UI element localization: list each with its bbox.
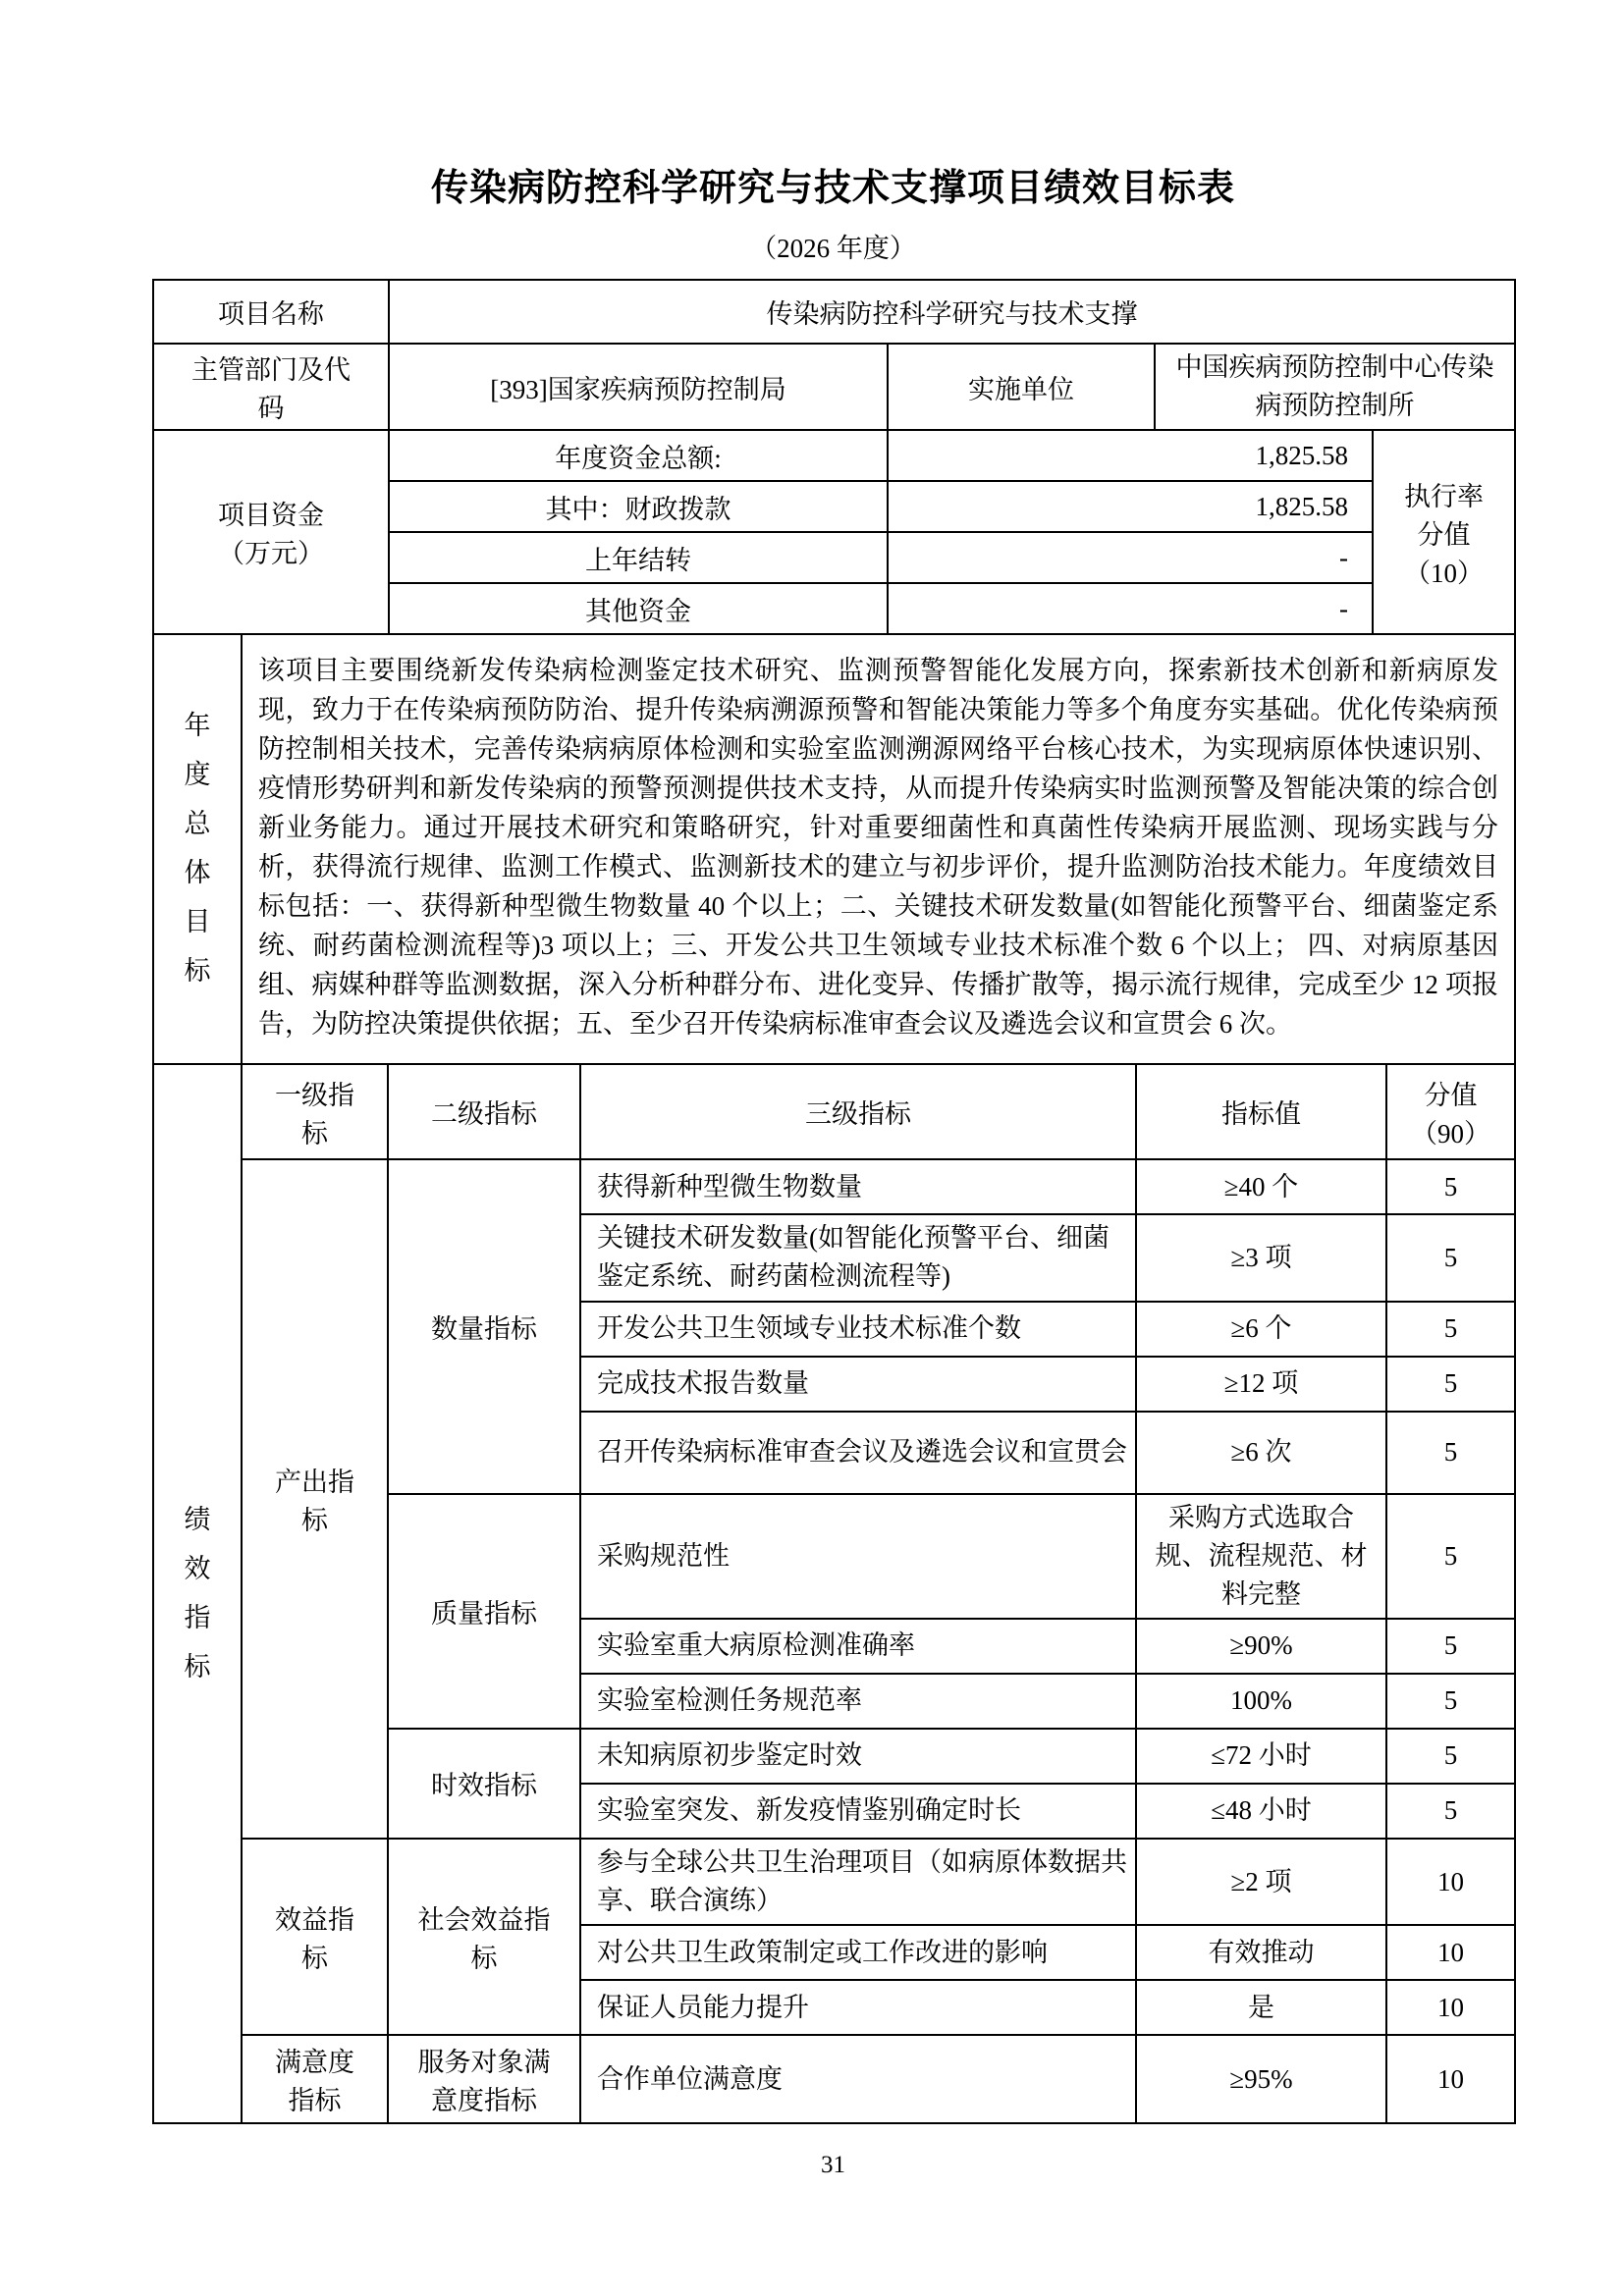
annual-goal-label: 年度总体目标 xyxy=(153,634,242,1064)
perf-side-label: 绩效指标 xyxy=(153,1064,242,2123)
indicator-value: ≥3 项 xyxy=(1136,1214,1386,1301)
level2-timeliness: 时效指标 xyxy=(388,1729,580,1839)
project-name-value: 传染病防控科学研究与技术支撑 xyxy=(389,280,1515,344)
document-page: 传染病防控科学研究与技术支撑项目绩效目标表 （2026 年度） 项目名称 传染病… xyxy=(152,157,1514,2179)
fund-fiscal-label: 其中：财政拨款 xyxy=(389,481,888,532)
indicator-name: 未知病原初步鉴定时效 xyxy=(580,1729,1136,1784)
level1-output: 产出指 标 xyxy=(242,1159,388,1839)
project-fund-label: 项目资金 （万元） xyxy=(153,430,389,634)
indicator-score: 5 xyxy=(1386,1412,1515,1494)
indicator-value: ≥6 个 xyxy=(1136,1302,1386,1357)
indicator-name: 保证人员能力提升 xyxy=(580,1980,1136,2035)
header-level2: 二级指标 xyxy=(388,1064,580,1159)
fund-other-value: - xyxy=(888,583,1373,634)
implementing-unit-value: 中国疾病预防控制中心传染病预防控制所 xyxy=(1155,344,1515,430)
annual-goal-row: 年度总体目标 该项目主要围绕新发传染病检测鉴定技术研究、监测预警智能化发展方向，… xyxy=(153,634,1515,1064)
execution-rate-score-label: 执行率 分值 （10） xyxy=(1373,430,1515,634)
page-number: 31 xyxy=(152,2152,1514,2179)
header-indicator-value: 指标值 xyxy=(1136,1064,1386,1159)
indicator-score: 5 xyxy=(1386,1674,1515,1729)
fund-total-value: 1,825.58 xyxy=(888,430,1373,481)
fund-row-total: 项目资金 （万元） 年度资金总额: 1,825.58 执行率 分值 （10） xyxy=(153,430,1515,481)
indicator-value: 采购方式选取合规、流程规范、材料完整 xyxy=(1136,1494,1386,1619)
indicator-score: 10 xyxy=(1386,1925,1515,1980)
department-label: 主管部门及代 码 xyxy=(153,344,389,430)
perf-row: 产出指 标 数量指标 获得新种型微生物数量 ≥40 个 5 xyxy=(153,1159,1515,1214)
department-row: 主管部门及代 码 [393]国家疾病预防控制局 实施单位 中国疾病预防控制中心传… xyxy=(153,344,1515,430)
project-name-row: 项目名称 传染病防控科学研究与技术支撑 xyxy=(153,280,1515,344)
indicator-score: 5 xyxy=(1386,1729,1515,1784)
indicator-name: 关键技术研发数量(如智能化预警平台、细菌鉴定系统、耐药菌检测流程等) xyxy=(580,1214,1136,1301)
indicator-score: 10 xyxy=(1386,1980,1515,2035)
indicator-name: 对公共卫生政策制定或工作改进的影响 xyxy=(580,1925,1136,1980)
header-level3: 三级指标 xyxy=(580,1064,1136,1159)
project-name-label: 项目名称 xyxy=(153,280,389,344)
indicator-value: ≤48 小时 xyxy=(1136,1784,1386,1839)
indicator-name: 实验室重大病原检测准确率 xyxy=(580,1619,1136,1674)
project-info-table: 项目名称 传染病防控科学研究与技术支撑 主管部门及代 码 [393]国家疾病预防… xyxy=(152,279,1516,635)
level2-quantity: 数量指标 xyxy=(388,1159,580,1493)
implementing-unit-label: 实施单位 xyxy=(888,344,1155,430)
indicator-name: 采购规范性 xyxy=(580,1494,1136,1619)
level2-quality: 质量指标 xyxy=(388,1494,580,1729)
level1-benefit: 效益指 标 xyxy=(242,1839,388,2035)
annual-goal-text: 该项目主要围绕新发传染病检测鉴定技术研究、监测预警智能化发展方向，探索新技术创新… xyxy=(242,634,1515,1064)
header-level1: 一级指 标 xyxy=(242,1064,388,1159)
indicator-name: 获得新种型微生物数量 xyxy=(580,1159,1136,1214)
fund-other-label: 其他资金 xyxy=(389,583,888,634)
indicator-value: ≥12 项 xyxy=(1136,1357,1386,1412)
indicator-value: ≥6 次 xyxy=(1136,1412,1386,1494)
indicator-value: 100% xyxy=(1136,1674,1386,1729)
indicator-value: 有效推动 xyxy=(1136,1925,1386,1980)
indicator-name: 实验室突发、新发疫情鉴别确定时长 xyxy=(580,1784,1136,1839)
perf-header-row: 绩效指标 一级指 标 二级指标 三级指标 指标值 分值 （90） xyxy=(153,1064,1515,1159)
indicator-score: 5 xyxy=(1386,1784,1515,1839)
indicator-value: 是 xyxy=(1136,1980,1386,2035)
indicator-score: 10 xyxy=(1386,2035,1515,2123)
fund-carryover-value: - xyxy=(888,532,1373,583)
indicator-value: ≥40 个 xyxy=(1136,1159,1386,1214)
indicator-value: ≥2 项 xyxy=(1136,1839,1386,1925)
performance-indicators-table: 绩效指标 一级指 标 二级指标 三级指标 指标值 分值 （90） 产出指 标 数… xyxy=(152,1063,1516,2124)
indicator-score: 10 xyxy=(1386,1839,1515,1925)
indicator-score: 5 xyxy=(1386,1302,1515,1357)
indicator-name: 召开传染病标准审查会议及遴选会议和宣贯会 xyxy=(580,1412,1136,1494)
annual-goal-section: 年度总体目标 该项目主要围绕新发传染病检测鉴定技术研究、监测预警智能化发展方向，… xyxy=(152,633,1516,1065)
level2-social-benefit: 社会效益指 标 xyxy=(388,1839,580,2035)
indicator-score: 5 xyxy=(1386,1159,1515,1214)
indicator-name: 实验室检测任务规范率 xyxy=(580,1674,1136,1729)
perf-row: 满意度 指标 服务对象满 意度指标 合作单位满意度 ≥95% 10 xyxy=(153,2035,1515,2123)
indicator-name: 完成技术报告数量 xyxy=(580,1357,1136,1412)
department-value: [393]国家疾病预防控制局 xyxy=(389,344,888,430)
level2-service-satisfaction: 服务对象满 意度指标 xyxy=(388,2035,580,2123)
indicator-name: 开发公共卫生领域专业技术标准个数 xyxy=(580,1302,1136,1357)
perf-row: 效益指 标 社会效益指 标 参与全球公共卫生治理项目（如病原体数据共享、联合演练… xyxy=(153,1839,1515,1925)
indicator-score: 5 xyxy=(1386,1619,1515,1674)
indicator-value: ≤72 小时 xyxy=(1136,1729,1386,1784)
page-subtitle: （2026 年度） xyxy=(152,227,1514,265)
indicator-score: 5 xyxy=(1386,1214,1515,1301)
fund-total-label: 年度资金总额: xyxy=(389,430,888,481)
indicator-name: 合作单位满意度 xyxy=(580,2035,1136,2123)
indicator-value: ≥90% xyxy=(1136,1619,1386,1674)
indicator-name: 参与全球公共卫生治理项目（如病原体数据共享、联合演练） xyxy=(580,1839,1136,1925)
indicator-score: 5 xyxy=(1386,1494,1515,1619)
fund-fiscal-value: 1,825.58 xyxy=(888,481,1373,532)
page-title: 传染病防控科学研究与技术支撑项目绩效目标表 xyxy=(152,157,1514,211)
fund-carryover-label: 上年结转 xyxy=(389,532,888,583)
indicator-score: 5 xyxy=(1386,1357,1515,1412)
header-score: 分值 （90） xyxy=(1386,1064,1515,1159)
indicator-value: ≥95% xyxy=(1136,2035,1386,2123)
level1-satisfaction: 满意度 指标 xyxy=(242,2035,388,2123)
